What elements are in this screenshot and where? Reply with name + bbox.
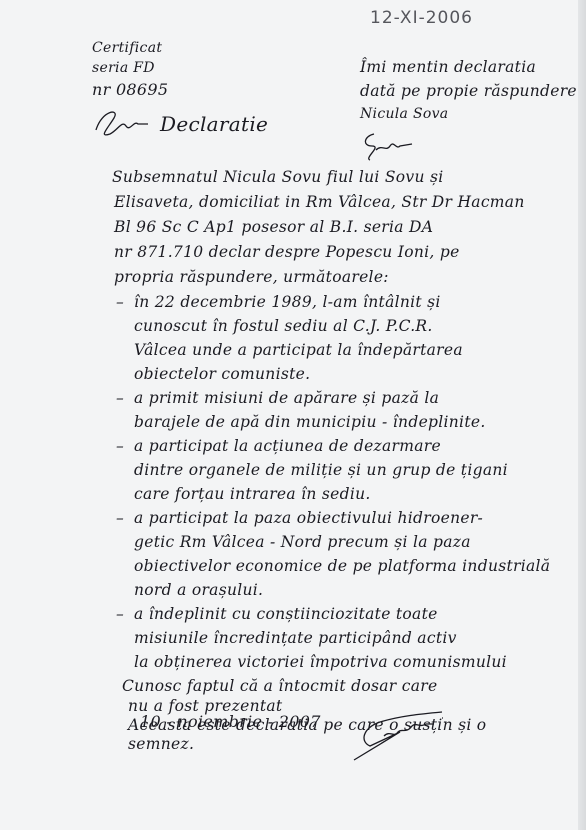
list-item-line: în 22 decembrie 1989, l-am întâlnit și: [134, 293, 441, 311]
certificate-label: Certificat: [92, 40, 162, 56]
intro-line: nr 871.710 declar despre Popescu Ioni, p…: [114, 243, 460, 261]
list-bullet: –: [116, 437, 124, 455]
list-item-line: obiectelor comuniste.: [134, 365, 310, 383]
closing-line: semnez.: [128, 735, 194, 753]
list-item-line: a primit misiuni de apărare și pază la: [134, 389, 439, 407]
mention-signature: [360, 128, 416, 168]
list-item-line: barajele de apă din municipiu - îndeplin…: [134, 413, 486, 431]
signature-icon: [350, 708, 500, 768]
list-item-line: la obținerea victoriei împotriva comunis…: [134, 653, 507, 671]
list-item-line: care forțau intrarea în sediu.: [134, 485, 371, 503]
certificate-series: seria FD: [92, 60, 155, 76]
final-signature: [350, 708, 500, 772]
list-item-line: obiectivelor economice de pe platforma i…: [134, 557, 550, 575]
list-item-line: a participat la acțiunea de dezarmare: [134, 437, 441, 455]
list-item-line: nord a orașului.: [134, 581, 263, 599]
list-bullet: –: [116, 389, 124, 407]
list-bullet: –: [116, 605, 124, 623]
list-item-line: a îndeplinit cu conștiinciozitate toate: [134, 605, 438, 623]
list-item-line: a participat la paza obiectivului hidroe…: [134, 509, 483, 527]
list-bullet: –: [116, 293, 124, 311]
signature-icon: [92, 104, 152, 140]
document-title: Declaratie: [160, 112, 268, 136]
signature-icon: [360, 128, 416, 164]
list-item-line: getic Rm Vâlcea - Nord precum și la paza: [134, 533, 471, 551]
signed-date: 10 - noiembrie - 2007: [140, 712, 321, 731]
stamp-date: 12-XI-2006: [370, 8, 473, 28]
cert-signature: [92, 104, 152, 144]
certificate-number: nr 08695: [92, 80, 168, 99]
closing-line: Cunosc faptul că a întocmit dosar care: [122, 677, 437, 695]
list-item-line: misiunile încredințate participând activ: [134, 629, 457, 647]
mention-line-1: Îmi mentin declaratia: [360, 58, 536, 76]
list-item-line: Vâlcea unde a participat la îndepărtarea: [134, 341, 463, 359]
intro-line: Bl 96 Sc C Ap1 posesor al B.I. seria DA: [114, 218, 433, 236]
mention-line-2: dată pe propie răspundere: [360, 82, 577, 100]
intro-line: propria răspundere, următoarele:: [114, 268, 389, 286]
intro-line: Subsemnatul Nicula Sovu fiul lui Sovu și: [112, 168, 444, 186]
mention-line-3: Nicula Sova: [360, 106, 448, 122]
list-item-line: dintre organele de miliție și un grup de…: [134, 461, 508, 479]
page-edge-shadow: [578, 0, 586, 830]
list-bullet: –: [116, 509, 124, 527]
intro-line: Elisaveta, domiciliat in Rm Vâlcea, Str …: [114, 193, 525, 211]
list-item-line: cunoscut în fostul sediu al C.J. P.C.R.: [134, 317, 433, 335]
